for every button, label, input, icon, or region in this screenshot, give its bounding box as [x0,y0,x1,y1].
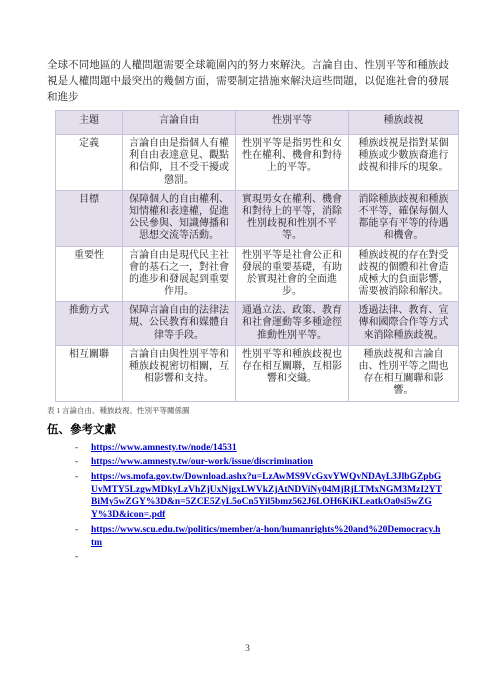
header-racial-discrimination: 種族歧視 [349,110,459,134]
bullet-dash: - [75,442,91,455]
table-row-methods: 推動方式 保障言論自由的法律法規、公民教育和媒體自律等手段。 通過立法、政策、教… [56,302,459,346]
table-row-goal: 目標 保障個人的自由權利、知情權和表達權，促進公民參與、知識傳播和思想交流等活動… [56,190,459,246]
table-cell: 性別平等是社會公正和發展的重要基礎，有助於實現社會的全面進步。 [236,246,349,302]
table-cell: 通過立法、政策、教育和社會運動等多種途徑推動性別平等。 [236,302,349,346]
table-cell: 保障言論自由的法律法規、公民教育和媒體自律等手段。 [123,302,236,346]
table-caption: 表 1 言論自由、種族歧視、性別平等關係圖 [47,405,449,416]
table-cell: 種族歧視和言論自由、性別平等之間也存在相互關聯和影響。 [349,345,459,401]
list-item: - https://ws.mofa.gov.tw/Download.ashx?u… [75,471,449,522]
table-cell: 消除種族歧視和種族不平等，確保每個人都能享有平等的待遇和機會。 [349,190,459,246]
list-item: - https://www.scu.edu.tw/politics/member… [75,524,449,549]
table-cell: 實現男女在權利、機會和對待上的平等，消除性別歧視和性別不平等。 [236,190,349,246]
table-cell: 保障個人的自由權利、知情權和表達權，促進公民參與、知識傳播和思想交流等活動。 [123,190,236,246]
comparison-table: 主題 言論自由 性別平等 種族歧視 定義 言論自由是指個人有權利自由表達意見、觀… [55,110,459,402]
reference-link-amnesty-discrimination[interactable]: https://www.amnesty.tw/our-work/issue/di… [91,456,443,469]
table-cell: 言論自由與性別平等和種族歧視密切相關，互相影響和支持。 [123,345,236,401]
header-free-speech: 言論自由 [123,110,236,134]
row-topic: 推動方式 [56,302,123,346]
document-page: 全球不同地區的人權問題需要全球範圍內的努力來解決。言論自由、性別平等和種族歧視是… [0,0,495,700]
list-item-empty: - [75,551,449,564]
table-cell: 性別平等和種族歧視也存在相互關聯，互相影響和交織。 [236,345,349,401]
page-number: 3 [0,644,495,654]
table-cell: 透過法律、教育、宣傳和國際合作等方式來消除種族歧視。 [349,302,459,346]
reference-link-amnesty-node[interactable]: https://www.amnesty.tw/node/14531 [91,442,443,455]
bullet-dash: - [75,524,91,549]
row-topic: 重要性 [56,246,123,302]
table-row-interrelation: 相互關聯 言論自由與性別平等和種族歧視密切相關，互相影響和支持。 性別平等和種族… [56,345,459,401]
table-cell: 性別平等是指男性和女性在權利、機會和對待上的平等。 [236,135,349,191]
table-row-importance: 重要性 言論自由是現代民主社會的基石之一，對社會的進步和發展起到重要作用。 性別… [56,246,459,302]
table-row-definition: 定義 言論自由是指個人有權利自由表達意見、觀點和信仰，且不受干擾或懲罰。 性別平… [56,135,459,191]
table-header-row: 主題 言論自由 性別平等 種族歧視 [56,110,459,134]
references-list: - https://www.amnesty.tw/node/14531 - ht… [47,442,449,564]
reference-link-scu[interactable]: https://www.scu.edu.tw/politics/member/a… [91,524,443,549]
row-topic: 定義 [56,135,123,191]
header-topic: 主題 [56,110,123,134]
row-topic: 相互關聯 [56,345,123,401]
reference-link-mofa-pdf[interactable]: https://ws.mofa.gov.tw/Download.ashx?u=L… [91,471,443,522]
bullet-dash: - [75,456,91,469]
table-cell: 言論自由是指個人有權利自由表達意見、觀點和信仰，且不受干擾或懲罰。 [123,135,236,191]
table-cell: 種族歧視是指對某個種族或少數族裔進行歧視和排斥的現象。 [349,135,459,191]
list-item: - https://www.amnesty.tw/node/14531 [75,442,449,455]
table-cell: 言論自由是現代民主社會的基石之一，對社會的進步和發展起到重要作用。 [123,246,236,302]
intro-paragraph: 全球不同地區的人權問題需要全球範圍內的努力來解決。言論自由、性別平等和種族歧視是… [47,58,449,106]
bullet-dash: - [75,471,91,522]
list-item: - https://www.amnesty.tw/our-work/issue/… [75,456,449,469]
references-heading: 伍、參考文獻 [47,421,449,437]
bullet-dash: - [75,551,91,564]
header-gender-equality: 性別平等 [236,110,349,134]
table-cell: 種族歧視的存在對受歧視的個體和社會造成極大的負面影響，需要被消除和解決。 [349,246,459,302]
row-topic: 目標 [56,190,123,246]
